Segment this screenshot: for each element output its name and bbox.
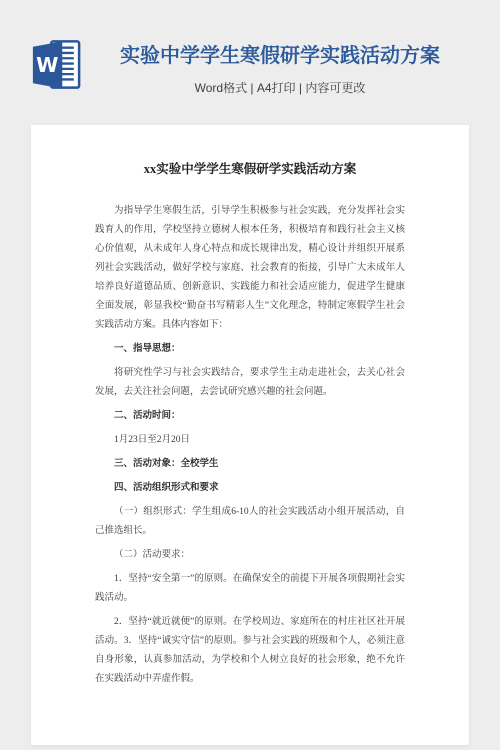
word-icon: W — [30, 38, 82, 92]
header: W 实验中学学生寒假研学实践活动方案 Word格式 | A4打印 | 内容可更改 — [0, 0, 500, 104]
doc-heading: 四、活动组织形式和要求 — [95, 479, 405, 498]
svg-text:W: W — [36, 53, 58, 77]
doc-paragraph: 为指导学生寒假生活，引导学生积极参与社会实践，充分发挥社会实践育人的作用，学校坚… — [95, 202, 405, 335]
page-background: W 实验中学学生寒假研学实践活动方案 Word格式 | A4打印 | 内容可更改… — [0, 0, 500, 750]
header-text: 实验中学学生寒假研学实践活动方案 Word格式 | A4打印 | 内容可更改 — [114, 42, 446, 97]
document-page: xx实验中学学生寒假研学实践活动方案 为指导学生寒假生活，引导学生积极参与社会实… — [31, 125, 469, 745]
doc-paragraph: （一）组织形式：学生组成6-10人的社会实践活动小组开展活动，自己推选组长。 — [95, 503, 405, 541]
doc-paragraph: 1月23日至2月20日 — [95, 431, 405, 450]
doc-heading: 一、指导思想： — [95, 340, 405, 359]
doc-paragraph: 2．坚持“就近就便”的原则。在学校周边、家庭所在的村庄社区社开展活动。3．坚持“… — [95, 613, 405, 689]
document-title: xx实验中学学生寒假研学实践活动方案 — [95, 161, 405, 178]
format-info: Word格式 | A4打印 | 内容可更改 — [114, 80, 446, 97]
doc-paragraph: 1．坚持“安全第一”的原则。在确保安全的前提下开展各项假期社会实践活动。 — [95, 570, 405, 608]
doc-heading: 三、活动对象：全校学生 — [95, 455, 405, 474]
document-body: 为指导学生寒假生活，引导学生积极参与社会实践，充分发挥社会实践育人的作用，学校坚… — [95, 202, 405, 689]
doc-heading: 二、活动时间： — [95, 407, 405, 426]
doc-paragraph: 将研究性学习与社会实践结合，要求学生主动走进社会，去关心社会发展，去关注社会问题… — [95, 364, 405, 402]
doc-paragraph: （二）活动要求： — [95, 546, 405, 565]
page-title: 实验中学学生寒假研学实践活动方案 — [114, 42, 446, 70]
